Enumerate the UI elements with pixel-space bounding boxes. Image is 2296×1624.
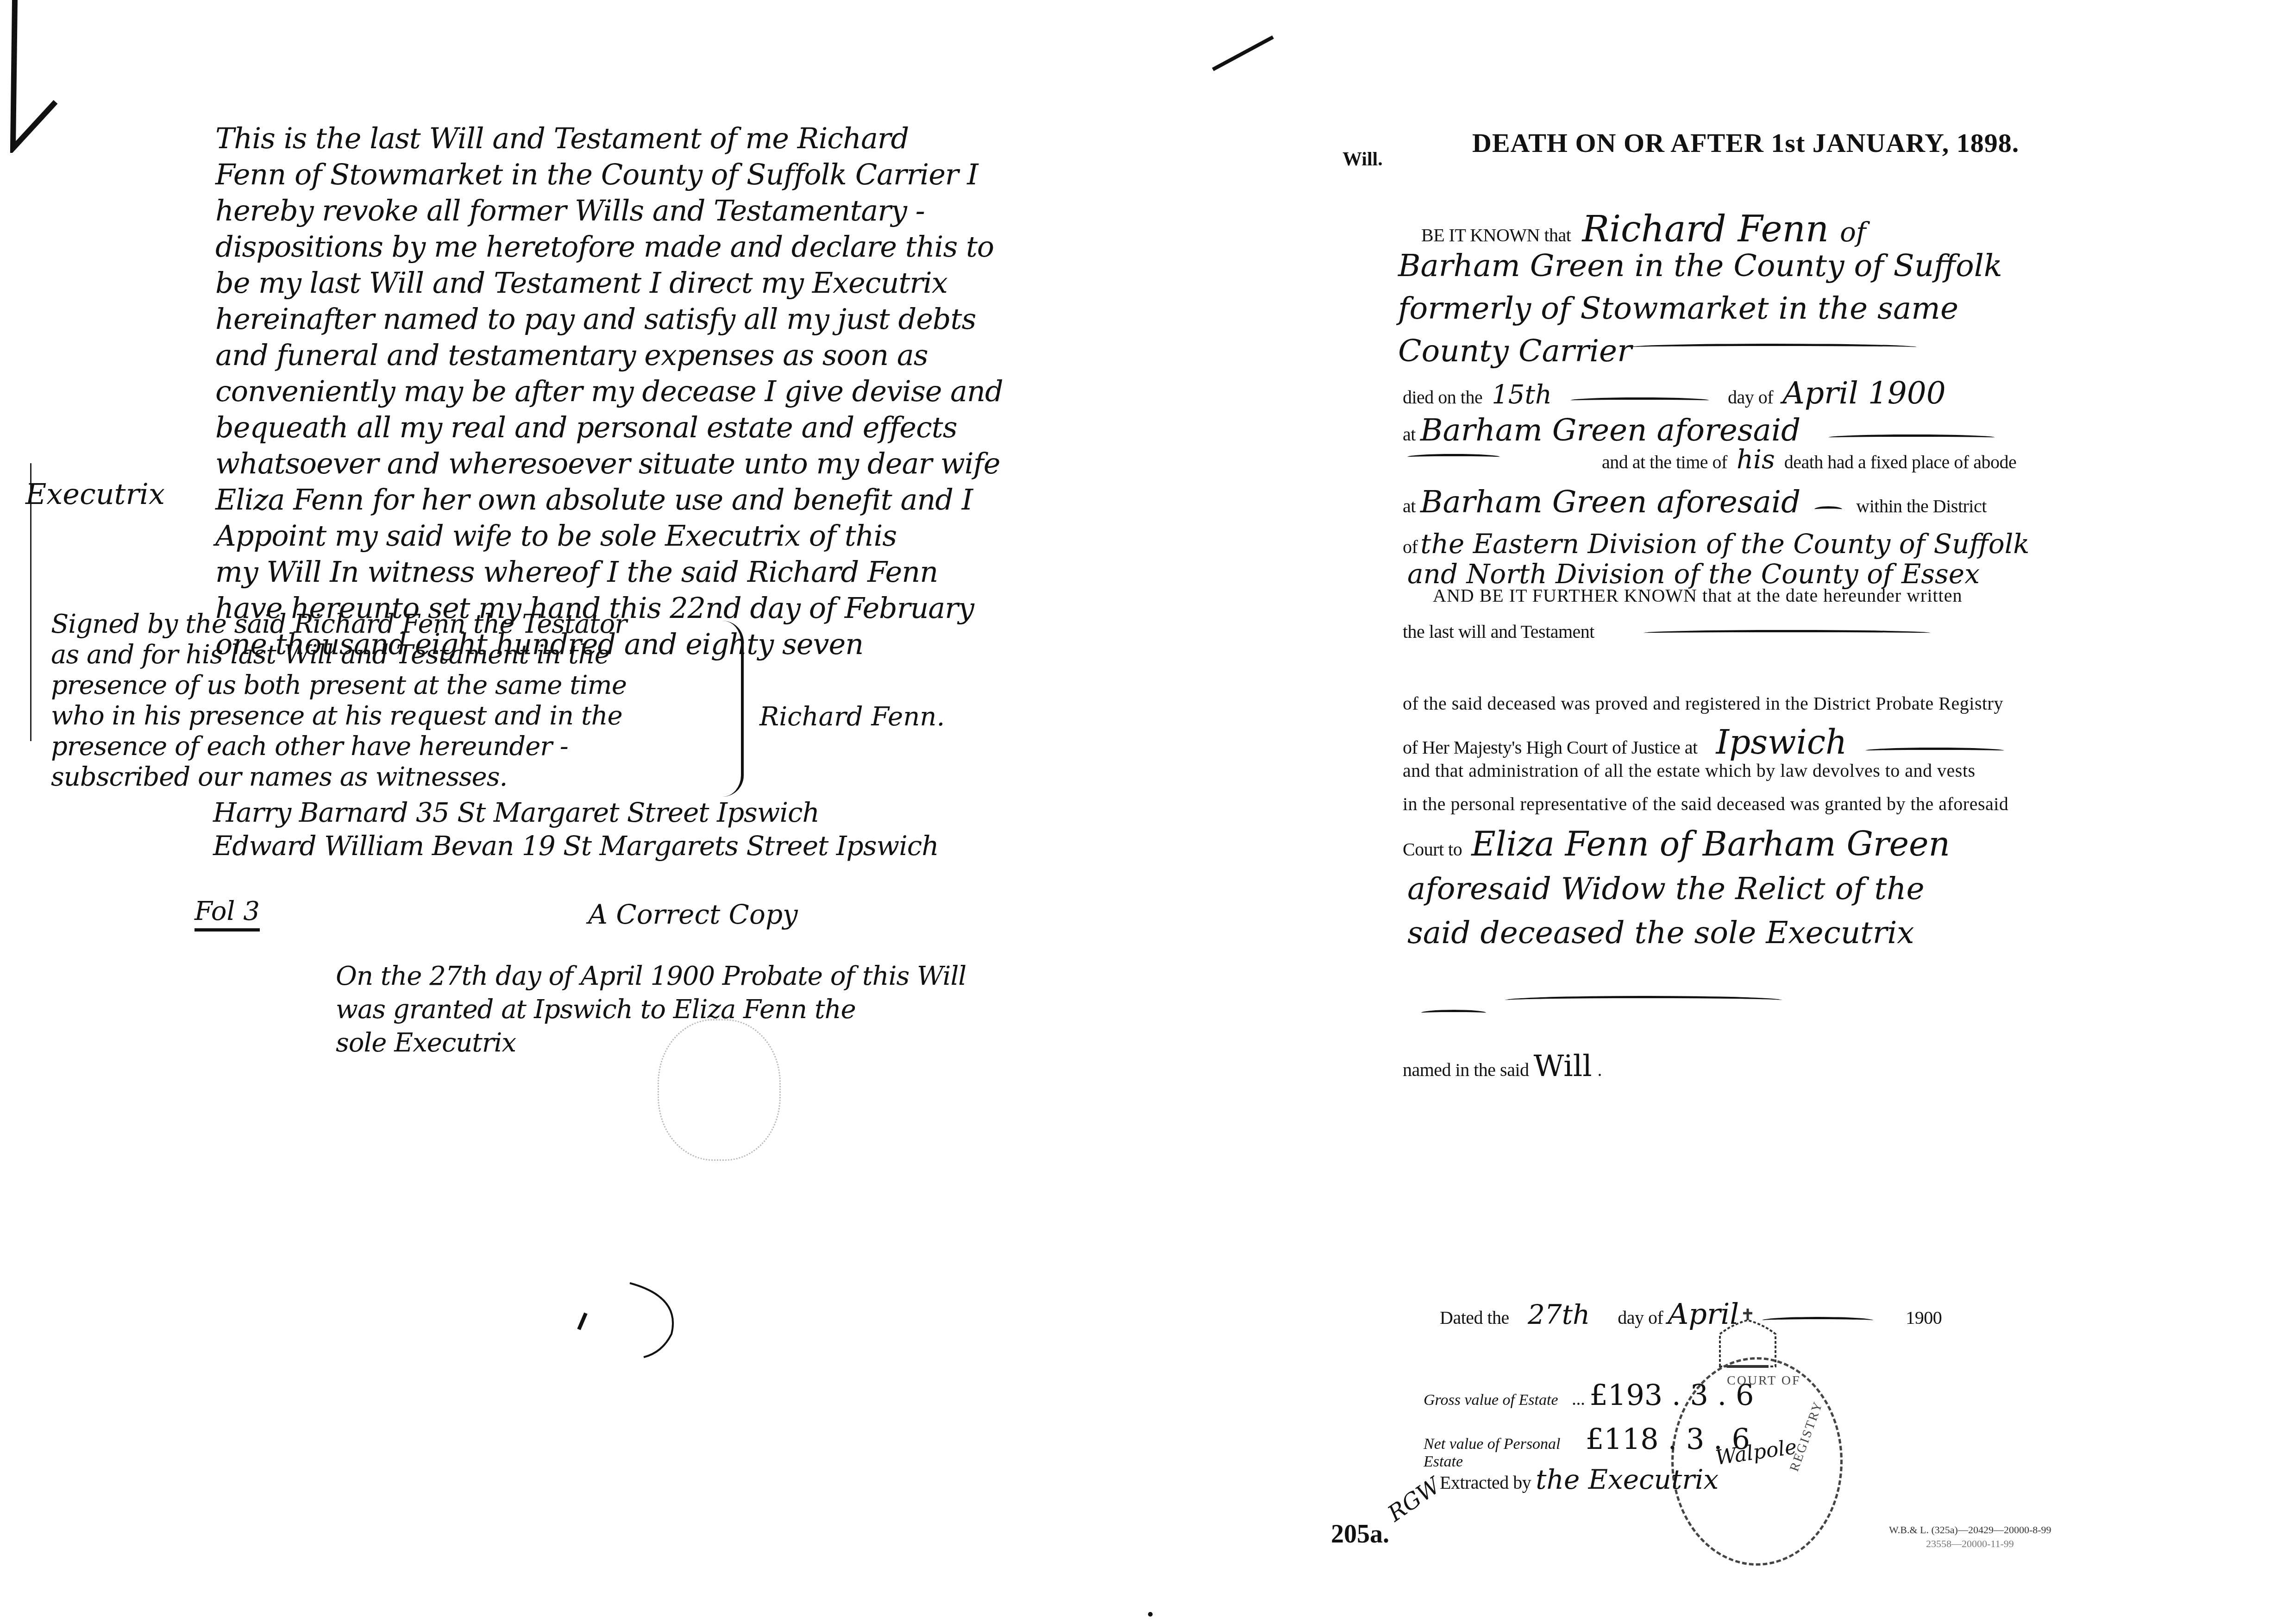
probate-note-line: On the 27th day of April 1900 Probate of… xyxy=(336,963,966,997)
will-line: conveniently may be after my decease I g… xyxy=(215,377,1003,413)
gross-row: Gross value of Estate ... £193 . 3 . 6 xyxy=(1424,1378,1754,1412)
probate-note-line: sole Executrix xyxy=(336,1030,966,1064)
fill-dash xyxy=(1630,344,1917,351)
arc-mark-icon xyxy=(570,1274,690,1366)
extracted-label: Extracted by xyxy=(1440,1472,1531,1493)
dated-day: 27th xyxy=(1528,1299,1590,1330)
attestation-line: Signed by the said Richard Fenn the Test… xyxy=(51,611,627,642)
attestation-line: who in his presence at his request and i… xyxy=(51,703,627,734)
fill-dash xyxy=(1814,506,1842,512)
time-of-label: and at the time of xyxy=(1602,451,1727,473)
will-line: This is the last Will and Testament of m… xyxy=(215,124,1003,160)
proved-text: of the said deceased was proved and regi… xyxy=(1403,692,2003,714)
description-line: County Carrier xyxy=(1398,333,2002,376)
will-line: Fenn of Stowmarket in the County of Suff… xyxy=(215,160,1003,196)
dated-day-of: day of xyxy=(1618,1307,1663,1328)
form-header: DEATH ON OR AFTER 1st JANUARY, 1898. xyxy=(1472,127,2019,158)
will-line: Appoint my said wife to be sole Executri… xyxy=(215,522,1003,558)
will-line: bequeath all my real and personal estate… xyxy=(215,413,1003,449)
pen-stroke-icon xyxy=(1208,28,1282,74)
left-page: Executrix This is the last Will and Test… xyxy=(0,0,1148,1624)
testator-signature: Richard Fenn. xyxy=(759,702,945,732)
leader-dots: ... xyxy=(1572,1388,1585,1410)
grantee-line: said deceased the sole Executrix xyxy=(1407,915,1914,950)
died-on-label: died on the xyxy=(1403,386,1482,408)
will-line: Eliza Fenn for her own absolute use and … xyxy=(215,485,1003,522)
grantee-line: aforesaid Widow the Relict of the xyxy=(1407,871,1925,906)
day-of-label: day of xyxy=(1728,386,1773,408)
printer-line: 23558—20000-11-99 xyxy=(1926,1538,2014,1550)
side-label: Will. xyxy=(1342,148,1383,170)
dated-row: Dated the 27th day of April 1900 xyxy=(1440,1297,1942,1331)
named-row: named in the said Will . xyxy=(1403,1049,1602,1083)
description-line: Barham Green in the County of Suffolk xyxy=(1398,248,2002,290)
fill-dash xyxy=(1421,1010,1486,1016)
pronoun: his xyxy=(1737,445,1775,475)
form-number: 205a. xyxy=(1331,1519,1389,1549)
probate-note: On the 27th day of April 1900 Probate of… xyxy=(336,963,966,1064)
court-label: of Her Majesty's High Court of Justice a… xyxy=(1403,736,1698,758)
attestation-clause: Signed by the said Richard Fenn the Test… xyxy=(51,611,627,795)
at-label: at xyxy=(1403,423,1416,445)
dated-year: 1900 xyxy=(1906,1307,1942,1328)
form-initials: RGW xyxy=(1383,1473,1445,1527)
named-doc: Will xyxy=(1534,1049,1592,1083)
attestation-line: as and for his last Will and Testament i… xyxy=(51,642,627,673)
at-label: at xyxy=(1403,495,1416,517)
district-line: the Eastern Division of the County of Su… xyxy=(1420,528,2029,560)
deceased-name: Richard Fenn xyxy=(1582,208,1829,250)
embossed-seal xyxy=(658,1019,781,1161)
death-day: 15th xyxy=(1492,380,1552,410)
death-place: Barham Green aforesaid xyxy=(1420,412,1800,448)
witness-entry: Harry Barnard 35 St Margaret Street Ipsw… xyxy=(213,799,939,832)
certification-text: A Correct Copy xyxy=(588,899,798,930)
deceased-of: of xyxy=(1840,216,1866,248)
be-it-known-row: BE IT KNOWN that Richard Fenn of xyxy=(1421,208,1866,250)
will-line: dispositions by me heretofore made and d… xyxy=(215,233,1003,269)
abode-label: death had a fixed place of abode xyxy=(1784,451,2017,473)
witness-entry: Edward William Bevan 19 St Margarets Str… xyxy=(213,832,939,866)
will-line: whatsoever and wheresoever situate unto … xyxy=(215,449,1003,485)
death-place-row: at Barham Green aforesaid xyxy=(1403,412,1995,448)
fill-dash xyxy=(1828,434,1995,441)
corner-mark-icon xyxy=(9,0,65,153)
page-dot xyxy=(1148,1612,1153,1617)
fill-dash xyxy=(1865,748,2004,754)
court-to-row: Court to Eliza Fenn of Barham Green xyxy=(1403,825,1950,863)
within-district-label: within the District xyxy=(1856,495,1987,517)
will-line: be my last Will and Testament I direct m… xyxy=(215,269,1003,305)
named-label: named in the said xyxy=(1403,1059,1529,1081)
district-row: of the Eastern Division of the County of… xyxy=(1403,528,2029,560)
net-value: £118 . 3 . 6 xyxy=(1586,1422,1750,1456)
died-on-row: died on the 15th day of April 1900 xyxy=(1403,375,1946,411)
fill-dash xyxy=(1407,454,1500,460)
margin-note: Executrix xyxy=(25,477,165,511)
attestation-line: subscribed our names as witnesses. xyxy=(51,764,627,795)
representative-text: in the personal representative of the sa… xyxy=(1403,793,2008,815)
extracted-row: Extracted by the Executrix xyxy=(1440,1464,1719,1495)
fill-dash xyxy=(1570,397,1709,403)
further-known-text: AND BE IT FURTHER KNOWN that at the date… xyxy=(1433,585,1963,606)
court-row: of Her Majesty's High Court of Justice a… xyxy=(1403,723,2004,762)
be-it-known-label: BE IT KNOWN that xyxy=(1421,224,1571,246)
will-line: my Will In witness whereof I the said Ri… xyxy=(215,558,1003,594)
administration-text: and that administration of all the estat… xyxy=(1403,760,1976,781)
abode-place: Barham Green aforesaid xyxy=(1420,484,1800,520)
witness-list: Harry Barnard 35 St Margaret Street Ipsw… xyxy=(213,799,939,866)
gross-label: Gross value of Estate xyxy=(1424,1391,1562,1409)
attestation-line: presence of us both present at the same … xyxy=(51,673,627,703)
of-label: of xyxy=(1403,536,1418,558)
printer-line: W.B.& L. (325a)—20429—20000-8-99 xyxy=(1889,1524,2051,1536)
fill-dash xyxy=(1644,630,1931,636)
gross-value: £193 . 3 . 6 xyxy=(1590,1378,1754,1412)
last-will-label: the last will and Testament xyxy=(1403,621,1594,642)
extracted-by: the Executrix xyxy=(1536,1464,1719,1495)
fill-dash xyxy=(1505,996,1782,1005)
abode-row: at Barham Green aforesaid within the Dis… xyxy=(1403,484,1987,520)
right-page: Will. DEATH ON OR AFTER 1st JANUARY, 189… xyxy=(1148,0,2296,1624)
court-to-label: Court to xyxy=(1403,838,1462,860)
folio-number: Fol 3 xyxy=(194,896,260,932)
description-line: formerly of Stowmarket in the same xyxy=(1398,290,2002,333)
death-month-year: April 1900 xyxy=(1782,375,1946,411)
time-of-row: and at the time of his death had a fixed… xyxy=(1602,445,2016,475)
signature-brace xyxy=(722,621,744,797)
grantee-line: Eliza Fenn of Barham Green xyxy=(1471,825,1950,863)
will-line: hereinafter named to pay and satisfy all… xyxy=(215,305,1003,341)
description-block: Barham Green in the County of Suffolk fo… xyxy=(1398,248,2002,376)
will-line: and funeral and testamentary expenses as… xyxy=(215,341,1003,377)
period: . xyxy=(1598,1059,1602,1081)
will-line: hereby revoke all former Wills and Testa… xyxy=(215,196,1003,233)
attestation-line: presence of each other have hereunder - xyxy=(51,734,627,764)
probate-note-line: was granted at Ipswich to Eliza Fenn the xyxy=(336,997,966,1030)
registry-place: Ipswich xyxy=(1716,723,1847,762)
will-body: This is the last Will and Testament of m… xyxy=(215,124,1003,666)
dated-label: Dated the xyxy=(1440,1307,1509,1328)
